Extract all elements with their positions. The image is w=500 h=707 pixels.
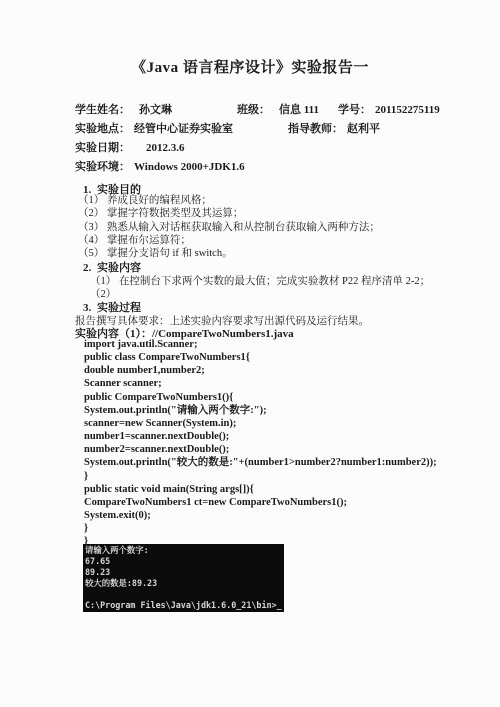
instructor-label: 指导教师： <box>288 123 343 135</box>
header-row-location: 实验地点：经管中心证券实验室 <box>75 123 233 136</box>
goal-item: （5） 掌握分支语句 if 和 switch。 <box>78 247 380 260</box>
console-line: C:\Program Files\Java\jdk1.6.0_21\bin>_ <box>85 600 284 611</box>
goal-item: （1） 养成良好的编程风格； <box>78 194 380 207</box>
goal-item: （2） 掌握字符数据类型及其运算； <box>78 207 380 220</box>
code-line: public class CompareTwoNumbers1{ <box>84 351 437 364</box>
section-content-title: 实验内容 <box>97 262 141 274</box>
code-line: Scanner scanner; <box>84 377 437 390</box>
date-value: 2012.3.6 <box>146 142 185 154</box>
code-line: } <box>84 522 437 535</box>
section-content-heading: 2.实验内容 <box>83 262 141 275</box>
header-row-environment: 实验环境：Windows 2000+JDK1.6 <box>75 161 245 174</box>
location-value: 经管中心证券实验室 <box>134 123 233 135</box>
goal-item: （4） 掌握布尔运算符； <box>78 234 380 247</box>
code-line: scanner=new Scanner(System.in); <box>84 417 437 430</box>
content-item-1: （1） 在控制台下求两个实数的最大值；完成实验教材 P22 程序清单 2-2； <box>90 275 430 288</box>
header-row-student: 学生姓名：孙文琳 <box>75 104 172 117</box>
class-label: 班级： <box>237 104 270 116</box>
class-value: 信息 111 <box>279 104 319 116</box>
code-line: public static void main(String args[]){ <box>84 483 437 496</box>
code-line: } <box>84 470 437 483</box>
student-name-label: 学生姓名： <box>75 104 130 116</box>
code-line: CompareTwoNumbers1 ct=new CompareTwoNumb… <box>84 496 437 509</box>
header-row-instructor: 指导教师：赵利平 <box>288 123 380 136</box>
section-process-heading: 3.实验过程 <box>83 302 141 315</box>
code-line: System.exit(0); <box>84 509 437 522</box>
environment-value: Windows 2000+JDK1.6 <box>134 161 245 173</box>
code-line: public CompareTwoNumbers1(){ <box>84 391 437 404</box>
process-requirements-paragraph: 报告撰写具体要求：上述实验内容要求写出源代码及运行结果。 <box>75 315 369 328</box>
console-line: 较大的数是:89.23 <box>85 578 284 589</box>
code-line: System.out.println("请输入两个数字:"); <box>84 404 437 417</box>
section-process-number: 3. <box>83 302 97 315</box>
student-id-label: 学号： <box>338 104 371 116</box>
console-line: 请输入两个数字: <box>85 545 284 556</box>
content-item-2: （2） <box>90 288 116 301</box>
console-line: 89.23 <box>85 567 284 578</box>
console-output-screenshot: 请输入两个数字:67.6589.23较大的数是:89.23 C:\Program… <box>83 544 284 612</box>
environment-label: 实验环境： <box>75 161 130 173</box>
code-line: import java.util.Scanner; <box>84 338 437 351</box>
page-title: 《Java 语言程序设计》实验报告一 <box>0 58 500 78</box>
header-row-student-id: 学号：201152275119 <box>338 104 440 117</box>
code-line: number2=scanner.nextDouble(); <box>84 443 437 456</box>
code-line: number1=scanner.nextDouble(); <box>84 430 437 443</box>
location-label: 实验地点： <box>75 123 130 135</box>
section-process-title: 实验过程 <box>97 302 141 314</box>
student-id-value: 201152275119 <box>375 104 440 116</box>
lab-report-page: 《Java 语言程序设计》实验报告一 学生姓名：孙文琳 班级：信息 111 学号… <box>0 0 500 707</box>
code-line: double number1,number2; <box>84 364 437 377</box>
java-code-block: import java.util.Scanner;public class Co… <box>84 338 437 549</box>
goal-item-list: （1） 养成良好的编程风格；（2） 掌握字符数据类型及其运算；（3） 熟悉从输入… <box>78 194 380 261</box>
date-label: 实验日期： <box>75 142 130 154</box>
console-line <box>85 589 284 600</box>
header-row-class: 班级：信息 111 <box>237 104 319 117</box>
header-row-date: 实验日期：2012.3.6 <box>75 142 185 155</box>
code-line: System.out.println("较大的数是:"+(number1>num… <box>84 456 437 469</box>
goal-item: （3） 熟悉从输入对话框获取输入和从控制台获取输入两种方法； <box>78 221 380 234</box>
console-line: 67.65 <box>85 556 284 567</box>
student-name-value: 孙文琳 <box>139 104 172 116</box>
instructor-value: 赵利平 <box>347 123 380 135</box>
section-content-number: 2. <box>83 262 97 275</box>
